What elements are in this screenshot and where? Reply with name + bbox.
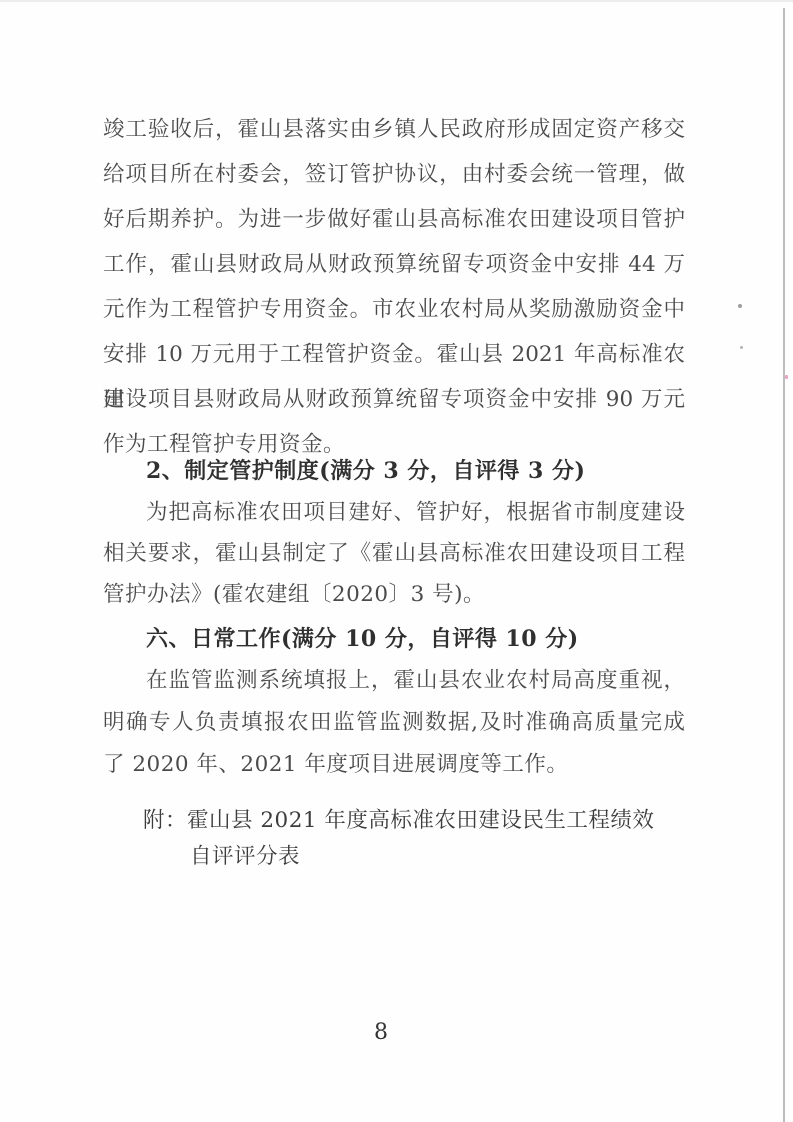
- body-line: 明确专人负责填报农田监管监测数据,及时准确高质量完成: [103, 702, 685, 744]
- attachment-note-line: 附：霍山县 2021 年度高标准农田建设民生工程绩效: [103, 803, 685, 839]
- body-line: 工作，霍山县财政局从财政预算统留专项资金中安排 44 万: [103, 242, 685, 287]
- scan-right-edge-line: [783, 8, 785, 1122]
- scanned-document-page: 竣工验收后，霍山县落实由乡镇人民政府形成固定资产移交 给项目所在村委会，签订管护…: [0, 0, 793, 1122]
- body-line: 安排 10 万元用于工程管护资金。霍山县 2021 年高标准农田: [103, 332, 685, 377]
- scan-speck: [738, 304, 742, 308]
- scan-top-edge: [0, 0, 793, 2]
- body-line: 元作为工程管护专用资金。市农业农村局从奖励激励资金中: [103, 287, 685, 332]
- body-line: 在监管监测系统填报上，霍山县农业农村局高度重视，: [103, 660, 685, 702]
- body-line: 竣工验收后，霍山县落实由乡镇人民政府形成固定资产移交: [103, 107, 685, 152]
- section-heading: 2、制定管护制度(满分 3 分，自评得 3 分): [103, 450, 685, 492]
- section-heading: 六、日常工作(满分 10 分，自评得 10 分): [103, 618, 685, 660]
- page-number: 8: [351, 1018, 411, 1048]
- body-line: 相关要求，霍山县制定了《霍山县高标准农田建设项目工程: [103, 533, 685, 575]
- scan-speck: [740, 346, 743, 349]
- body-line: 了 2020 年、2021 年度项目进展调度等工作。: [103, 744, 685, 786]
- body-line: 管护办法》(霍农建组〔2020〕3 号)。: [103, 574, 685, 616]
- body-line: 好后期养护。为进一步做好霍山县高标准农田建设项目管护: [103, 197, 685, 242]
- scan-speck: [785, 375, 788, 379]
- body-line: 建设项目县财政局从财政预算统留专项资金中安排 90 万元: [103, 377, 685, 422]
- body-line: 给项目所在村委会，签订管护协议，由村委会统一管理，做: [103, 152, 685, 197]
- attachment-note-line: 自评评分表: [103, 839, 685, 875]
- body-line: 为把高标准农田项目建好、管护好，根据省市制度建设: [103, 492, 685, 534]
